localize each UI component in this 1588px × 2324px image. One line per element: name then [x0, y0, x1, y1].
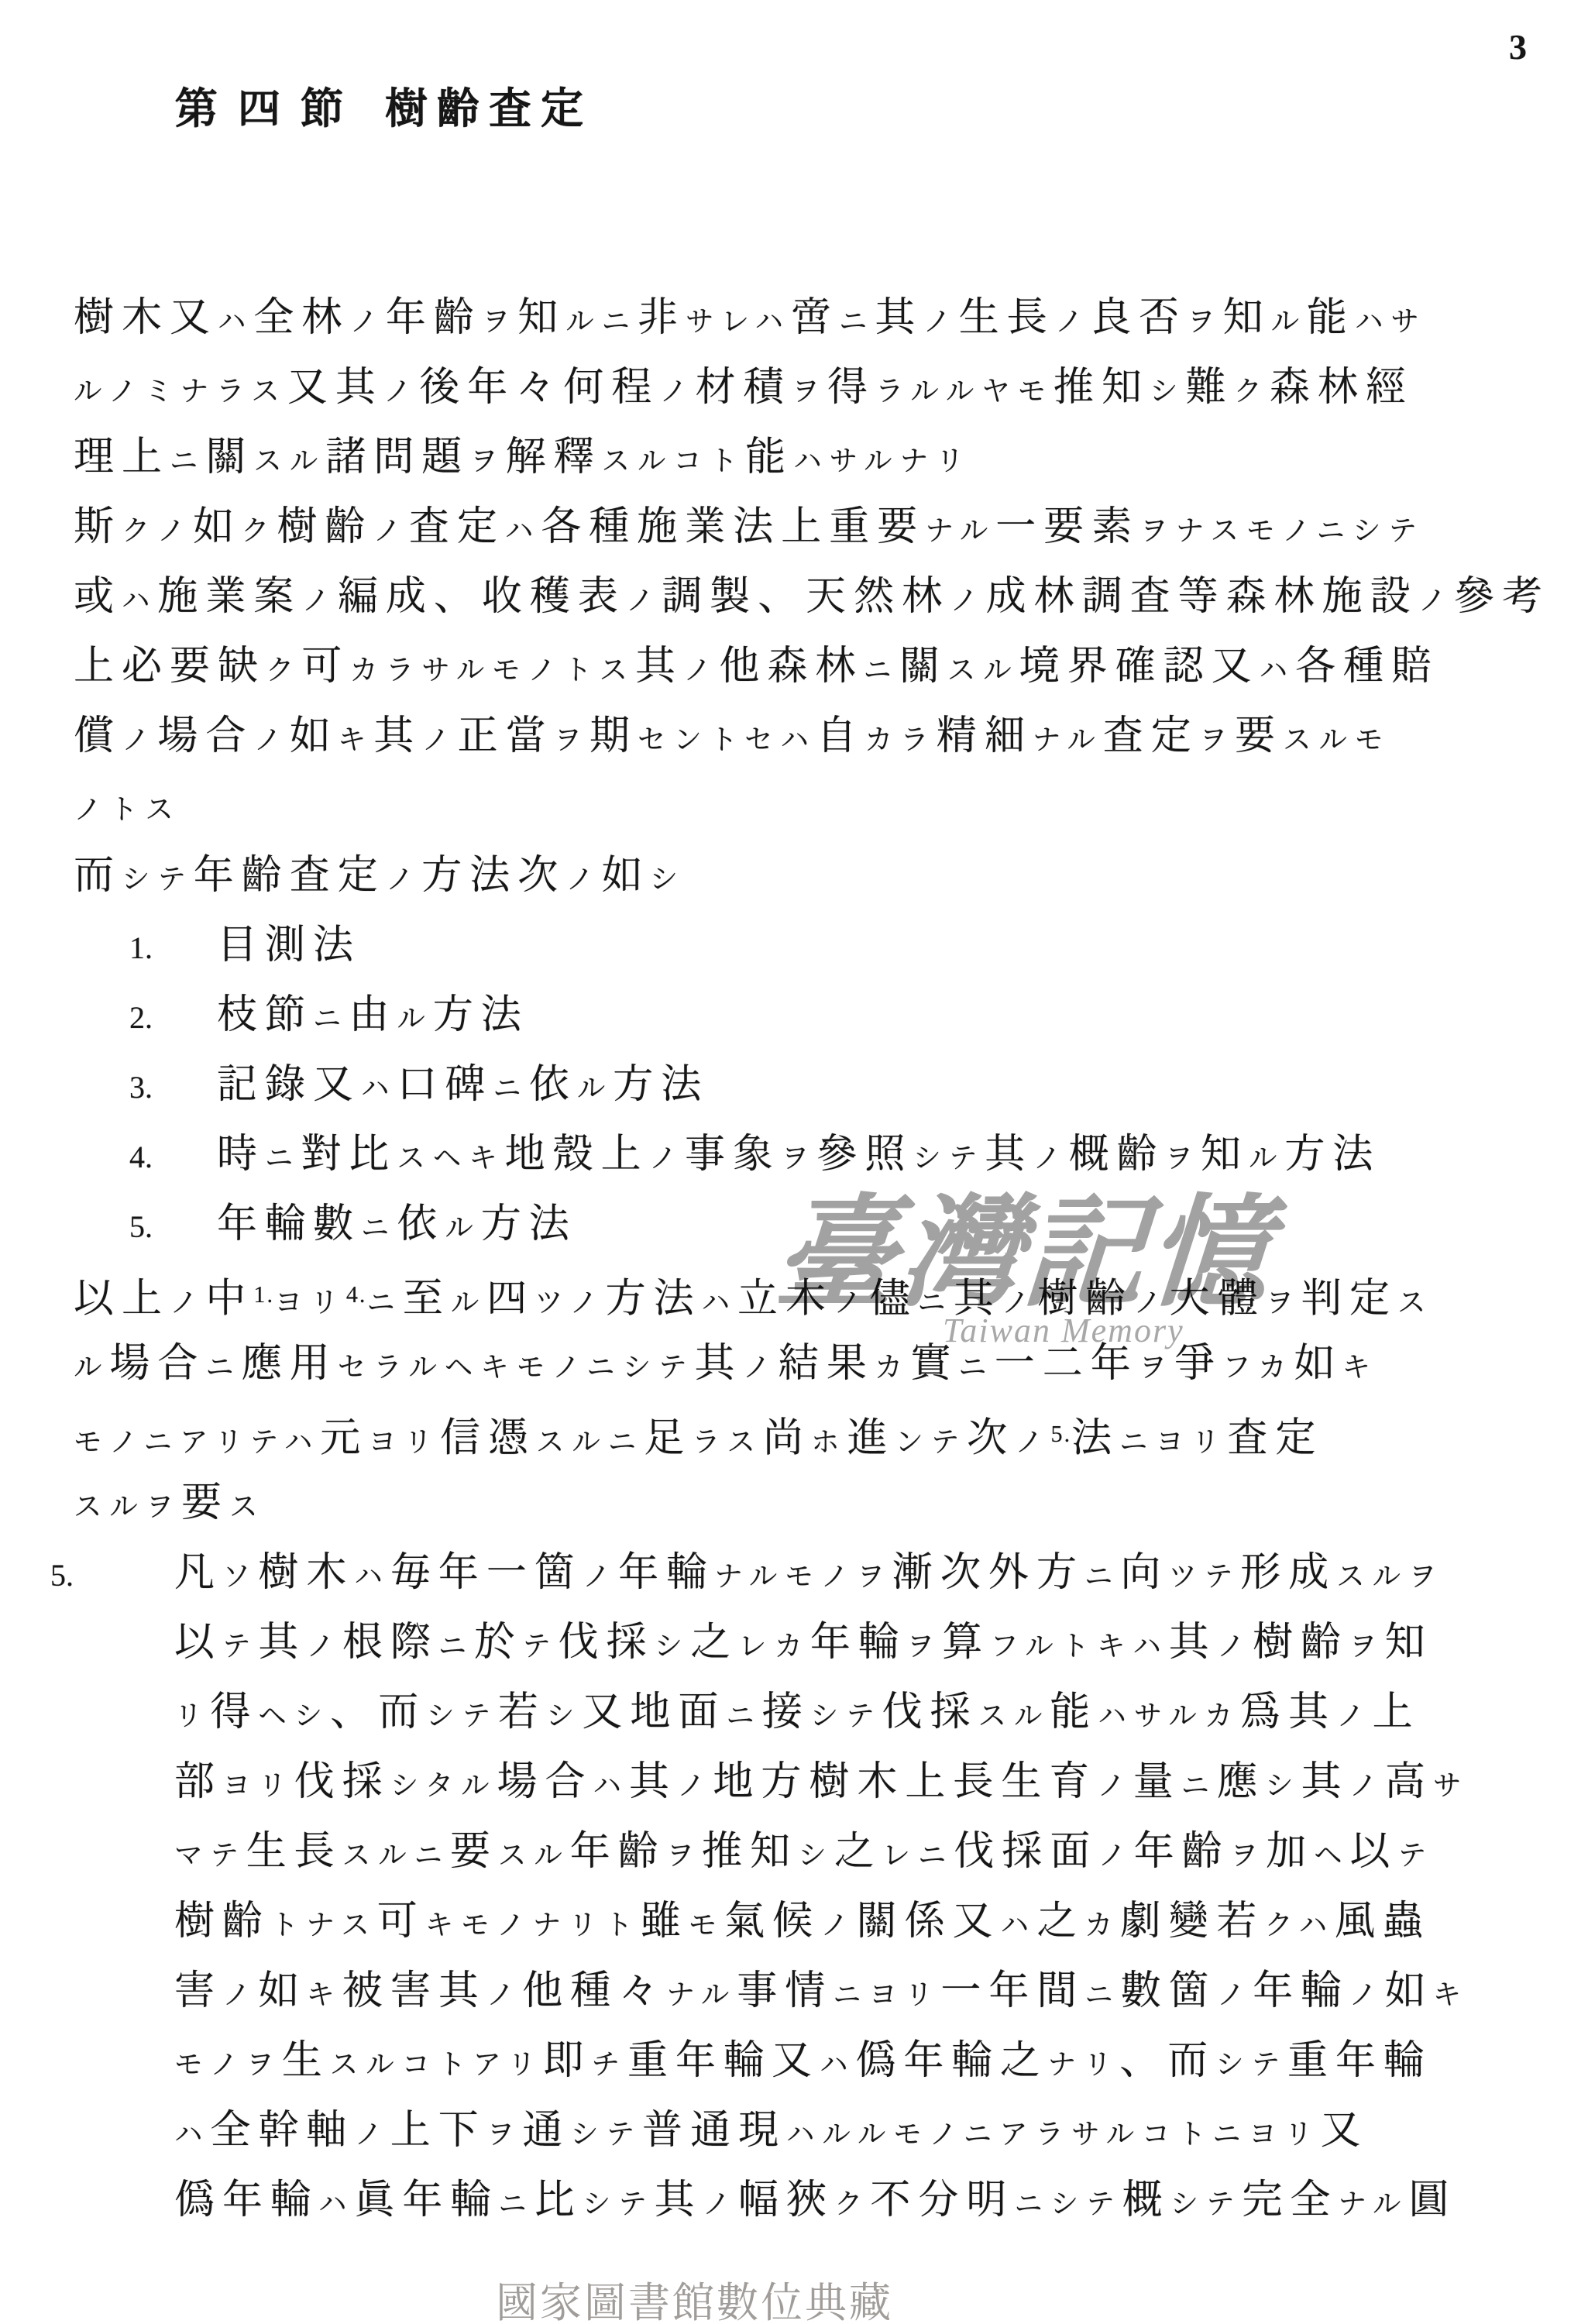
- text-line: モノヲ生スルコトアリ即チ重年輪又ハ僞年輪之ナリ、而シテ重年輪: [0, 2027, 1588, 2096]
- list-item-number: 1.: [129, 913, 217, 983]
- method-list-item: 1.目測法: [0, 911, 1588, 981]
- page-body: 樹木又ハ全林ノ年齡ヲ知ルニ非サレハ啻ニ其ノ生長ノ良否ヲ知ル能ハサ ルノミナラス又…: [0, 284, 1588, 2236]
- text-line: 部ヨリ伐採シタル場合ハ其ノ地方樹木上長生育ノ量ニ應シ其ノ高サ: [0, 1748, 1588, 1817]
- method-list-item: 2.枝節ニ由ル方法: [0, 981, 1588, 1050]
- list-item-label: 記錄又ハ口碑ニ依ル方法: [217, 1063, 709, 1107]
- text-line: リ得ヘシ、而シテ若シ又地面ニ接シテ伐採スル能ハサルカ爲其ノ上: [0, 1678, 1588, 1748]
- method-list-item: 4.時ニ對比スヘキ地殼上ノ事象ヲ參照シテ其ノ概齡ヲ知ル方法: [0, 1120, 1588, 1190]
- text-line: 償ノ場合ノ如キ其ノ正當ヲ期セントセハ自カラ精細ナル査定ヲ要スルモ: [0, 702, 1588, 772]
- text-line: 斯クノ如ク樹齡ノ査定ハ各種施業法上重要ナル一要素ヲナスモノニシテ: [0, 493, 1588, 562]
- text-line: 僞年輪ハ眞年輪ニ比シテ其ノ幅狹ク不分明ニシテ概シテ完全ナル圓: [0, 2166, 1588, 2236]
- section5-first-line: 5.凡ソ樹木ハ毎年一箇ノ年輪ナルモノヲ漸次外方ニ向ツテ形成スルヲ: [0, 1538, 1588, 1608]
- text-line: 樹齡トナス可キモノナリト雖モ氣候ノ關係又ハ之カ劇變若クハ風蟲: [0, 1887, 1588, 1957]
- text-line: マテ生長スルニ要スル年齡ヲ推知シ之レニ伐採面ノ年齡ヲ加ヘ以テ: [0, 1817, 1588, 1887]
- section-title: 第四節樹齡査定: [175, 74, 593, 136]
- page-number: 3: [1509, 26, 1527, 67]
- method-list-item: 5.年輪數ニ依ル方法: [0, 1190, 1588, 1260]
- text-line: モノニアリテハ元ヨリ信憑スルニ足ラス尚ホ進ンテ次ノ5.法ニヨリ査定: [0, 1399, 1588, 1469]
- text-line: 理上ニ關スル諸問題ヲ解釋スルコト能ハサルナリ: [0, 423, 1588, 493]
- list-item-label: 年輪數ニ依ル方法: [217, 1202, 577, 1246]
- text-line: スルヲ要ス: [0, 1469, 1588, 1538]
- section-title-text: 樹齡査定: [385, 85, 593, 132]
- list-item-number: 2.: [129, 983, 217, 1053]
- method-list-item: 3.記錄又ハ口碑ニ依ル方法: [0, 1050, 1588, 1120]
- section5-number: 5.: [50, 1541, 174, 1611]
- text-line: ハ全幹軸ノ上下ヲ通シテ普通現ハルルモノニアラサルコトニヨリ又: [0, 2096, 1588, 2166]
- text-line: 凡ソ樹木ハ毎年一箇ノ年輪ナルモノヲ漸次外方ニ向ツテ形成スルヲ: [174, 1551, 1444, 1595]
- list-item-number: 5.: [129, 1192, 217, 1262]
- list-item-number: 3.: [129, 1053, 217, 1122]
- archive-footer: 國家圖書館數位典藏: [496, 2270, 893, 2324]
- scanned-page: { "page": { "number": "3" }, "header": {…: [0, 0, 1588, 2324]
- text-line: 而シテ年齡査定ノ方法次ノ如シ: [0, 841, 1588, 911]
- text-line: 以上ノ中1.ヨリ4.ニ至ル四ツノ方法ハ立木ノ儘ニ其ノ樹齡ノ大體ヲ判定ス: [0, 1260, 1588, 1329]
- list-item-number: 4.: [129, 1122, 217, 1192]
- text-line: 以テ其ノ根際ニ於テ伐採シ之レカ年輪ヲ算フルトキハ其ノ樹齡ヲ知: [0, 1608, 1588, 1678]
- text-line: ル場合ニ應用セラルヘキモノニシテ其ノ結果カ實ニ一二年ヲ爭フカ如キ: [0, 1329, 1588, 1399]
- text-line: 樹木又ハ全林ノ年齡ヲ知ルニ非サレハ啻ニ其ノ生長ノ良否ヲ知ル能ハサ: [0, 284, 1588, 353]
- section-title-number: 第四節: [175, 85, 363, 132]
- text-line: 害ノ如キ被害其ノ他種々ナル事情ニヨリ一年間ニ數箇ノ年輪ノ如キ: [0, 1957, 1588, 2027]
- text-line: ノトス: [0, 772, 1588, 841]
- text-line: 或ハ施業案ノ編成、收穫表ノ調製、天然林ノ成林調査等森林施設ノ參考: [0, 562, 1588, 632]
- text-line: ルノミナラス又其ノ後年々何程ノ材積ヲ得ラルルヤモ推知シ難ク森林經: [0, 353, 1588, 423]
- text-line: 上必要缺ク可カラサルモノトス其ノ他森林ニ關スル境界確認又ハ各種賠: [0, 632, 1588, 702]
- list-item-label: 目測法: [217, 923, 361, 968]
- list-item-label: 時ニ對比スヘキ地殼上ノ事象ヲ參照シテ其ノ概齡ヲ知ル方法: [217, 1133, 1380, 1177]
- list-item-label: 枝節ニ由ル方法: [217, 993, 529, 1037]
